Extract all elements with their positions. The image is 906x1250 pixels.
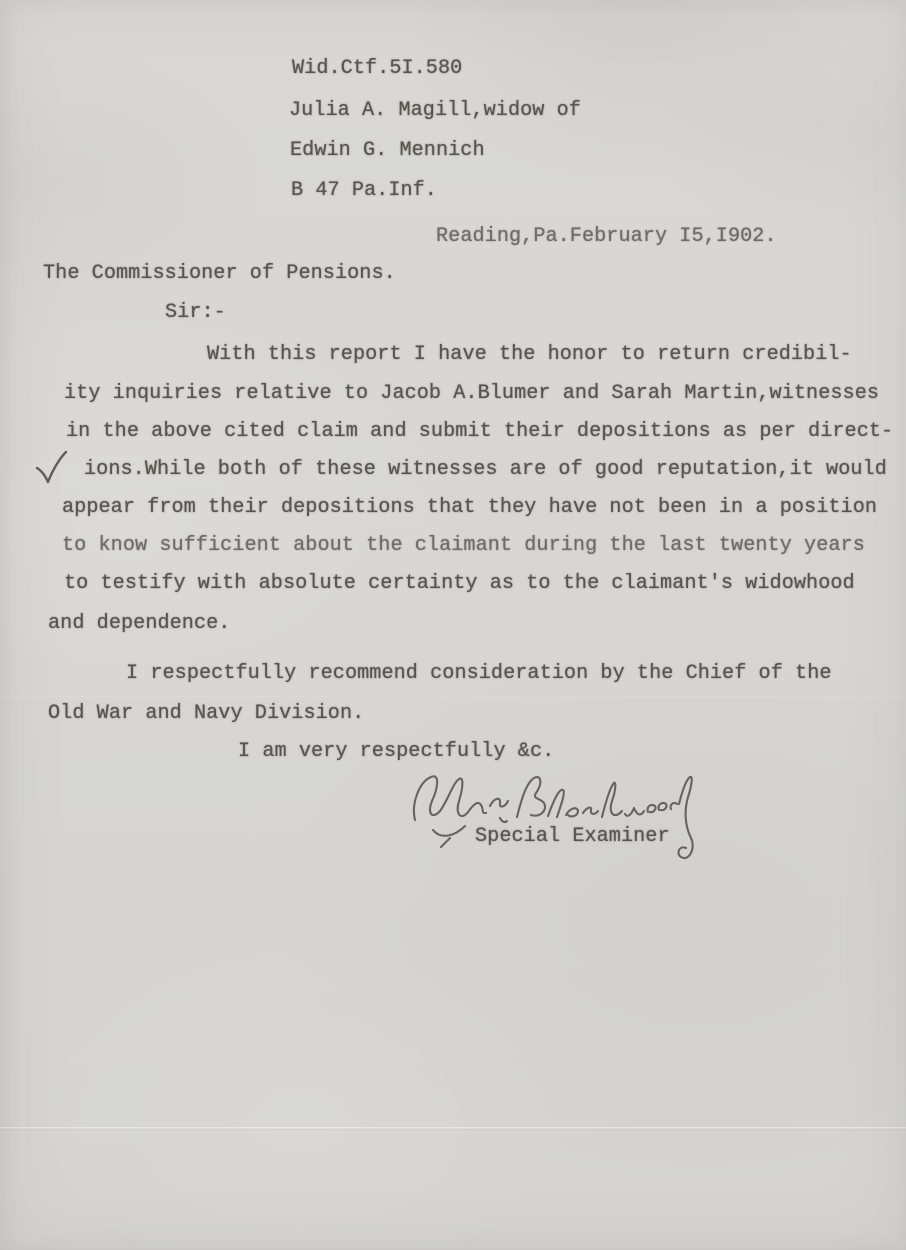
- closing-line: I am very respectfully &c.: [238, 740, 554, 763]
- salutation-line: Sir:-: [165, 301, 226, 324]
- recipient-line: The Commissioner of Pensions.: [43, 262, 396, 285]
- paper-crease: [0, 1127, 906, 1130]
- paper-crease: [0, 696, 906, 698]
- body-line: appear from their depositions that they …: [62, 496, 877, 519]
- body-line: With this report I have the honor to ret…: [207, 343, 852, 366]
- body-line: Old War and Navy Division.: [48, 702, 364, 725]
- body-line: ions.While both of these witnesses are o…: [84, 458, 887, 481]
- widow-name-line: Julia A. Magill,widow of: [289, 99, 581, 122]
- body-line: to testify with absolute certainty as to…: [64, 572, 855, 595]
- signature-title-line: Special Examiner: [475, 825, 670, 848]
- body-line: in the above cited claim and submit thei…: [66, 420, 893, 443]
- body-line: ity inquiries relative to Jacob A.Blumer…: [64, 382, 879, 405]
- regiment-line: B 47 Pa.Inf.: [291, 179, 437, 202]
- body-line: and dependence.: [48, 612, 230, 635]
- margin-check-icon: [34, 450, 68, 486]
- dateline: Reading,Pa.February I5,I902.: [436, 225, 777, 248]
- case-number-line: Wid.Ctf.5I.580: [292, 57, 462, 80]
- letter-sheet: Wid.Ctf.5I.580 Julia A. Magill,widow of …: [0, 0, 906, 1250]
- body-line: to know sufficient about the claimant du…: [62, 534, 865, 557]
- body-line: I respectfully recommend consideration b…: [126, 662, 832, 685]
- soldier-name-line: Edwin G. Mennich: [290, 139, 485, 162]
